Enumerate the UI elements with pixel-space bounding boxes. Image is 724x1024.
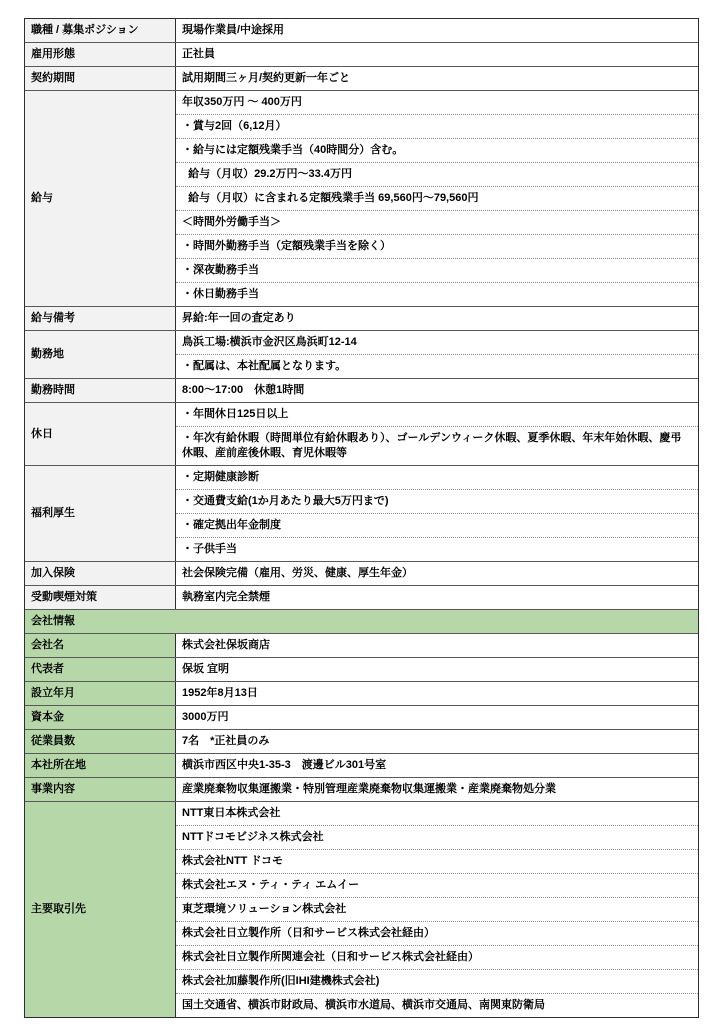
row-label: 勤務地 [31,347,64,362]
row-value: 株式会社加藤製作所(旧IHI建機株式会社) [176,969,698,993]
row-label-cell: 雇用形態 [25,43,176,66]
row-value: 執務室内完全禁煙 [176,586,698,609]
row-value: NTTドコモビジネス株式会社 [176,825,698,849]
section-header-row: 会社情報 [25,609,698,633]
row-label-cell: 福利厚生 [25,466,176,561]
row-value: 東芝環境ソリューション株式会社 [176,897,698,921]
table-row: 職種 / 募集ポジション現場作業員/中途採用 [25,19,698,42]
row-label-cell: 休日 [25,403,176,465]
row-value: 国土交通省、横浜市財政局、横浜市水道局、横浜市交通局、南関東防衛局 [176,993,698,1017]
row-value: 3000万円 [176,706,698,729]
row-value: ・深夜勤務手当 [176,258,698,282]
row-value: 横浜市西区中央1-35-3 渡邊ビル301号室 [176,754,698,777]
table-row: 給与備考昇給:年一回の査定あり [25,306,698,330]
row-value-cell: 現場作業員/中途採用 [176,19,698,42]
row-label-cell: 受動喫煙対策 [25,586,176,609]
row-label: 受動喫煙対策 [31,590,97,605]
row-label-cell: 代表者 [25,658,176,681]
section-title: 会社情報 [25,610,81,633]
table-row: 資本金3000万円 [25,705,698,729]
row-value: 株式会社保坂商店 [176,634,698,657]
row-value-cell: 8:00～17:00 休憩1時間 [176,379,698,402]
row-label: 雇用形態 [31,47,75,62]
row-label: 給与備考 [31,311,75,326]
row-label: 加入保険 [31,566,75,581]
row-label: 本社所在地 [31,758,86,773]
row-value: NTT東日本株式会社 [176,802,698,825]
row-label-cell: 従業員数 [25,730,176,753]
row-value: ・確定拠出年金制度 [176,513,698,537]
row-value: 現場作業員/中途採用 [176,19,698,42]
row-value: 産業廃棄物収集運搬業・特別管理産業廃棄物収集運搬業・産業廃棄物処分業 [176,778,698,801]
row-value-cell: 横浜市西区中央1-35-3 渡邊ビル301号室 [176,754,698,777]
row-label: 資本金 [31,710,64,725]
row-value: 1952年8月13日 [176,682,698,705]
table-row: 従業員数7名 *正社員のみ [25,729,698,753]
row-label-cell: 加入保険 [25,562,176,585]
row-value-cell: 昇給:年一回の査定あり [176,307,698,330]
row-label-cell: 主要取引先 [25,802,176,1017]
row-value: 社会保険完備（雇用、労災、健康、厚生年金） [176,562,698,585]
row-value: ・交通費支給(1か月あたり最大5万円まで) [176,489,698,513]
table-row: 事業内容産業廃棄物収集運搬業・特別管理産業廃棄物収集運搬業・産業廃棄物処分業 [25,777,698,801]
row-value: ・子供手当 [176,537,698,561]
table-row: 本社所在地横浜市西区中央1-35-3 渡邊ビル301号室 [25,753,698,777]
table-row: 雇用形態正社員 [25,42,698,66]
row-value: 株式会社NTT ドコモ [176,849,698,873]
row-label-cell: 会社名 [25,634,176,657]
row-value: ・年間休日125日以上 [176,403,698,426]
row-value: ・給与には定額残業手当（40時間分）含む。 [176,138,698,162]
job-description-table: 職種 / 募集ポジション現場作業員/中途採用雇用形態正社員契約期間試用期間三ヶ月… [24,18,699,1018]
row-value-cell: 3000万円 [176,706,698,729]
table-row: 福利厚生・定期健康診断・交通費支給(1か月あたり最大5万円まで)・確定拠出年金制… [25,465,698,561]
row-value: 8:00～17:00 休憩1時間 [176,379,698,402]
row-label-cell: 事業内容 [25,778,176,801]
row-label: 会社名 [31,638,64,653]
row-value: ・年次有給休暇（時間単位有給休暇あり）、ゴールデンウィーク休暇、夏季休暇、年末年… [176,426,698,465]
row-value-cell: 1952年8月13日 [176,682,698,705]
row-label-cell: 給与備考 [25,307,176,330]
table-row: 主要取引先NTT東日本株式会社NTTドコモビジネス株式会社株式会社NTT ドコモ… [25,801,698,1017]
row-value-cell: ・年間休日125日以上・年次有給休暇（時間単位有給休暇あり）、ゴールデンウィーク… [176,403,698,465]
row-label: 主要取引先 [31,902,86,917]
row-label-cell: 勤務時間 [25,379,176,402]
row-label-cell: 契約期間 [25,67,176,90]
row-value: ・定期健康診断 [176,466,698,489]
row-label-cell: 本社所在地 [25,754,176,777]
row-value: ＜時間外労働手当＞ [176,210,698,234]
page: 職種 / 募集ポジション現場作業員/中途採用雇用形態正社員契約期間試用期間三ヶ月… [0,0,724,1024]
row-label: 従業員数 [31,734,75,749]
row-value: ・配属は、本社配属となります。 [176,354,698,378]
row-label-cell: 資本金 [25,706,176,729]
row-value: 株式会社日立製作所（日和サービス株式会社経由） [176,921,698,945]
table-row: 給与年収350万円 ～ 400万円・賞与2回（6,12月）・給与には定額残業手当… [25,90,698,306]
table-row: 勤務時間8:00～17:00 休憩1時間 [25,378,698,402]
row-value-cell: 鳥浜工場:横浜市金沢区鳥浜町12-14・配属は、本社配属となります。 [176,331,698,378]
row-value-cell: 株式会社保坂商店 [176,634,698,657]
table-row: 代表者保坂 宜明 [25,657,698,681]
row-value: ・休日勤務手当 [176,282,698,306]
row-label-cell: 勤務地 [25,331,176,378]
row-value: ・時間外勤務手当（定額残業手当を除く） [176,234,698,258]
row-value-cell: 年収350万円 ～ 400万円・賞与2回（6,12月）・給与には定額残業手当（4… [176,91,698,306]
row-value: 7名 *正社員のみ [176,730,698,753]
row-value-cell: 7名 *正社員のみ [176,730,698,753]
row-value: 昇給:年一回の査定あり [176,307,698,330]
table-row: 会社名株式会社保坂商店 [25,633,698,657]
row-value: 株式会社日立製作所関連会社（日和サービス株式会社経由） [176,945,698,969]
row-value: 給与（月収）に含まれる定額残業手当 69,560円～79,560円 [176,186,698,210]
table-row: 設立年月1952年8月13日 [25,681,698,705]
row-value: 年収350万円 ～ 400万円 [176,91,698,114]
row-value-cell: 社会保険完備（雇用、労災、健康、厚生年金） [176,562,698,585]
row-label: 代表者 [31,662,64,677]
row-value-cell: 保坂 宜明 [176,658,698,681]
row-value-cell: 試用期間三ヶ月/契約更新一年ごと [176,67,698,90]
row-value: 試用期間三ヶ月/契約更新一年ごと [176,67,698,90]
table-row: 受動喫煙対策執務室内完全禁煙 [25,585,698,609]
table-row: 勤務地鳥浜工場:横浜市金沢区鳥浜町12-14・配属は、本社配属となります。 [25,330,698,378]
row-value: 鳥浜工場:横浜市金沢区鳥浜町12-14 [176,331,698,354]
table-row: 休日・年間休日125日以上・年次有給休暇（時間単位有給休暇あり）、ゴールデンウィ… [25,402,698,465]
row-value: 正社員 [176,43,698,66]
row-label: 契約期間 [31,71,75,86]
row-label: 職種 / 募集ポジション [31,23,139,38]
row-value: 株式会社エヌ・ティ・ティ エムイー [176,873,698,897]
row-label-cell: 給与 [25,91,176,306]
row-value-cell: 正社員 [176,43,698,66]
row-value: 保坂 宜明 [176,658,698,681]
row-label-cell: 職種 / 募集ポジション [25,19,176,42]
row-label: 福利厚生 [31,506,75,521]
row-value-cell: 産業廃棄物収集運搬業・特別管理産業廃棄物収集運搬業・産業廃棄物処分業 [176,778,698,801]
table-row: 加入保険社会保険完備（雇用、労災、健康、厚生年金） [25,561,698,585]
row-label: 勤務時間 [31,383,75,398]
row-value-cell: NTT東日本株式会社NTTドコモビジネス株式会社株式会社NTT ドコモ株式会社エ… [176,802,698,1017]
row-label: 給与 [31,191,53,206]
row-value-cell: 執務室内完全禁煙 [176,586,698,609]
table-row: 契約期間試用期間三ヶ月/契約更新一年ごと [25,66,698,90]
row-value-cell: ・定期健康診断・交通費支給(1か月あたり最大5万円まで)・確定拠出年金制度・子供… [176,466,698,561]
row-value: ・賞与2回（6,12月） [176,114,698,138]
row-label: 休日 [31,427,53,442]
row-label: 事業内容 [31,782,75,797]
row-value: 給与（月収）29.2万円～33.4万円 [176,162,698,186]
row-label: 設立年月 [31,686,75,701]
row-label-cell: 設立年月 [25,682,176,705]
